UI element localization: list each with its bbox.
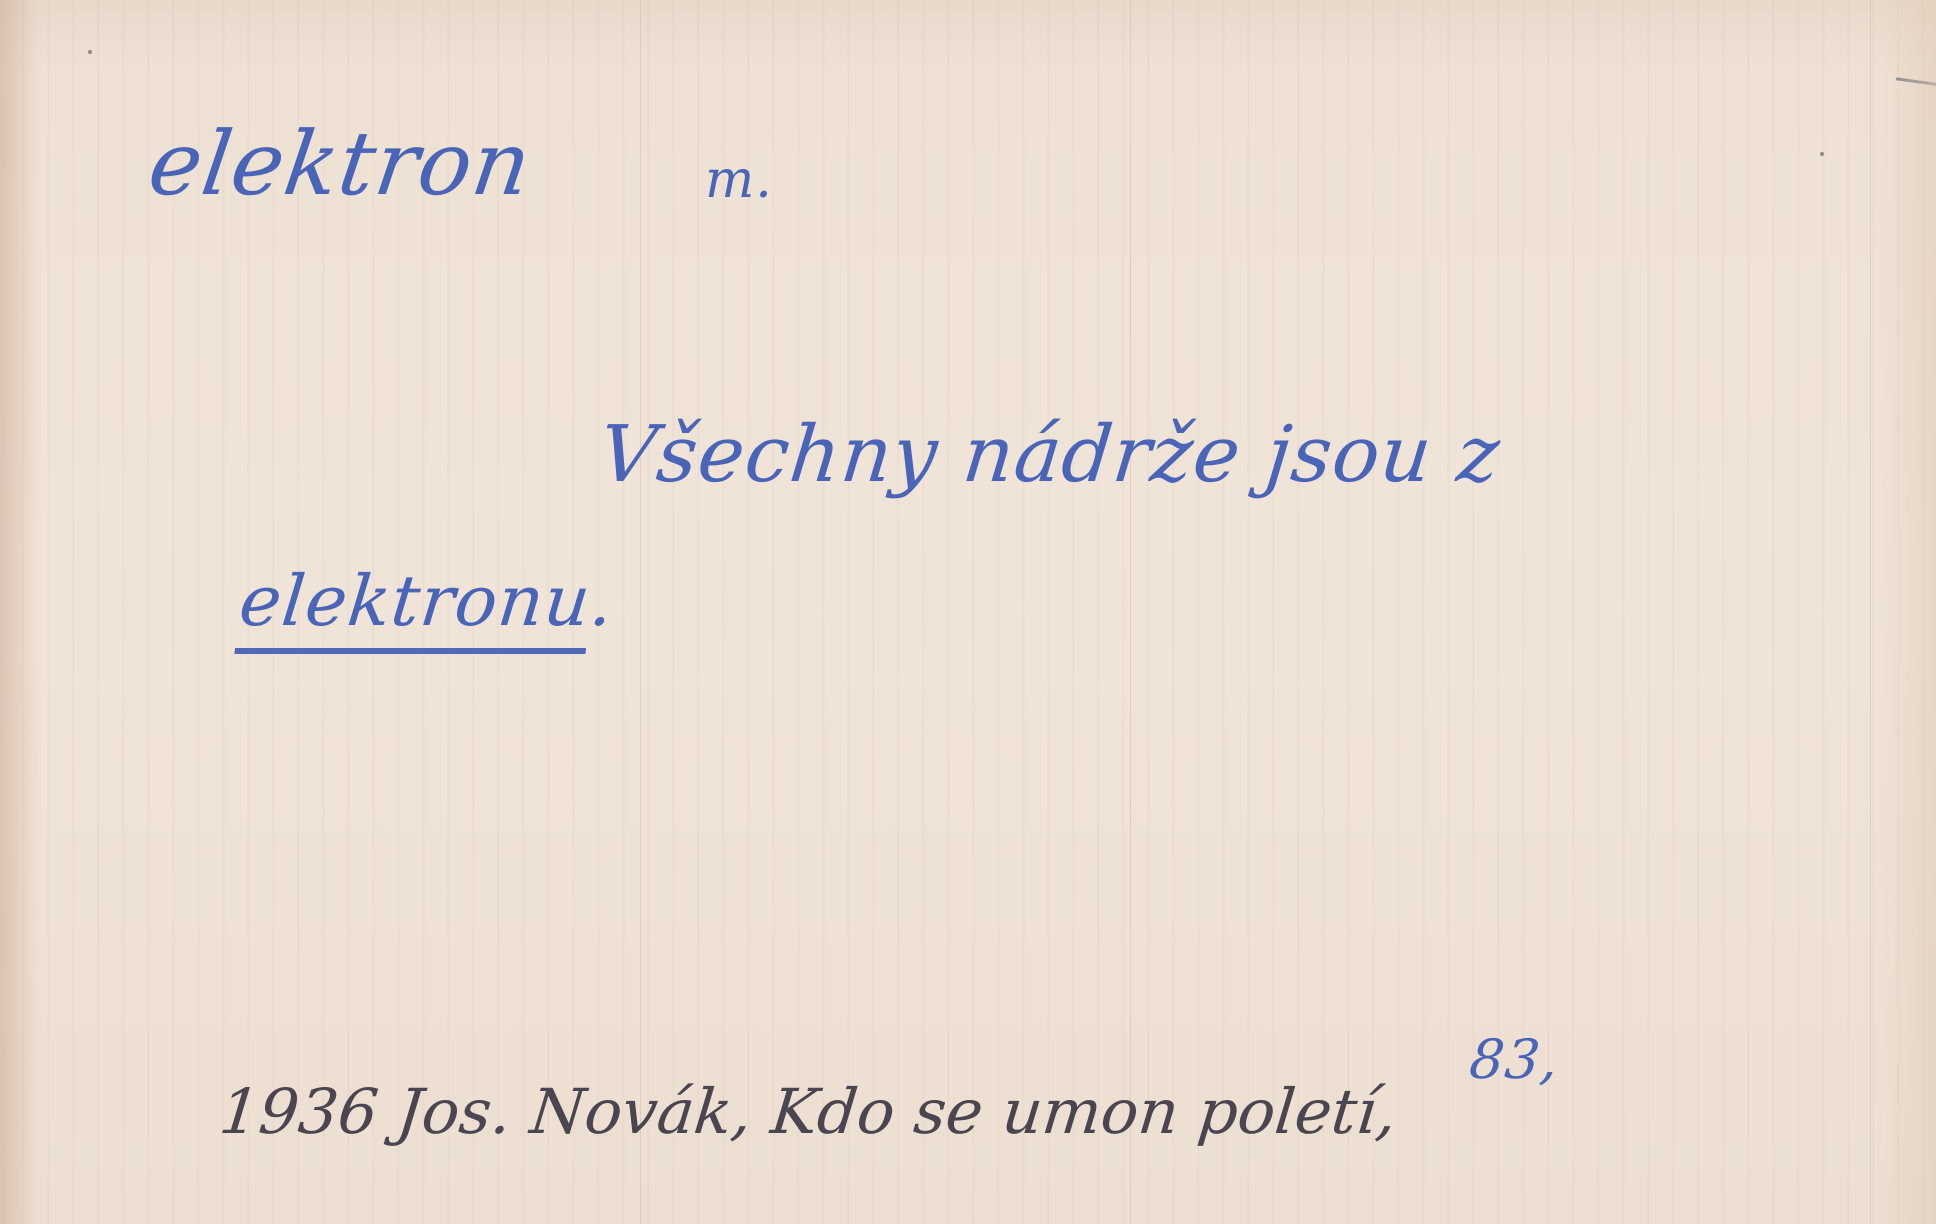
paper-speck (1820, 152, 1824, 156)
paper-rule-line (1870, 0, 1871, 1224)
index-card: elektron m. Všechny nádrže jsou z elektr… (0, 0, 1936, 1224)
example-sentence-line-1: Všechny nádrže jsou z (595, 410, 1504, 500)
paper-tear-mark (1894, 77, 1936, 100)
source-citation: 1936 Jos. Novák, Kdo se umon poletí, (216, 1075, 1400, 1148)
paper-rule-line (640, 0, 641, 1224)
headword: elektron (143, 112, 538, 215)
grammatical-gender: m. (705, 150, 773, 210)
paper-rule-line (1130, 0, 1131, 1224)
page-number: 83, (1467, 1028, 1563, 1091)
underlined-keyword: elektronu (234, 560, 594, 654)
paper-speck (88, 50, 92, 54)
example-sentence-line-2: elektronu. (236, 560, 618, 642)
